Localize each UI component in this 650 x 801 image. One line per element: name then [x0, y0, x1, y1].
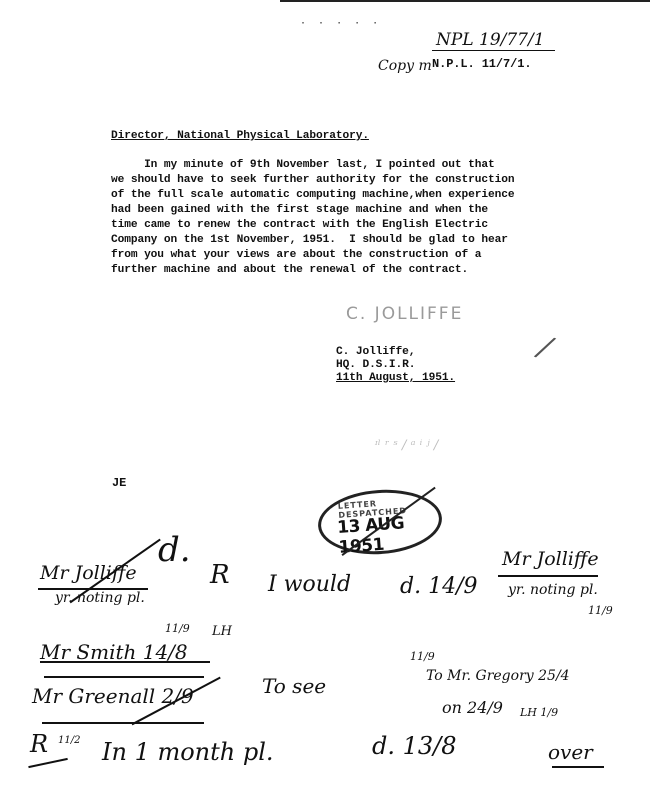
typist-initials: JE — [112, 476, 126, 490]
body-line: Company on the 1st November, 1951. I sho… — [111, 233, 591, 248]
body-line: time came to renew the contract with the… — [111, 218, 591, 233]
annotation: To see — [262, 674, 326, 698]
annotation-date: 11/9 — [588, 604, 613, 617]
annotation-date: 11/9 — [165, 622, 190, 635]
despatched-stamp: LETTER DESPATCHED 13 AUG 1951 — [316, 486, 444, 558]
annotation-date: 11/2 — [58, 735, 80, 746]
annotation: d. 13/8 — [372, 732, 457, 760]
body-line: from you what your views are about the c… — [111, 248, 591, 263]
underline — [44, 676, 204, 678]
memo-body: In my minute of 9th November last, I poi… — [111, 158, 591, 278]
copy-note: Copy m — [378, 58, 432, 74]
file-reference-handwritten: NPL 19/77/1 — [432, 30, 555, 51]
annotation-initials: LH — [212, 624, 232, 639]
memo-date: 11th August, 1951. — [336, 372, 455, 385]
annotation-date: 11/9 — [410, 650, 435, 663]
tick-mark-icon: / — [534, 329, 555, 365]
annotation: yr. noting pl. — [55, 590, 145, 606]
signature-block: C. Jolliffe, HQ. D.S.I.R. 11th August, 1… — [336, 346, 455, 385]
annotation: d. 14/9 — [400, 574, 477, 599]
annotation: yr. noting pl. — [508, 582, 598, 598]
initials-mark: R — [30, 730, 48, 758]
signatory-name: C. Jolliffe, — [336, 346, 455, 359]
underline — [42, 722, 204, 724]
addressee-heading: Director, National Physical Laboratory. — [111, 130, 369, 142]
annotation-initial: d. — [158, 530, 191, 570]
annotation-initials: LH 1/9 — [520, 706, 558, 719]
body-line: we should have to seek further authority… — [111, 173, 591, 188]
body-line: of the full scale automatic computing ma… — [111, 188, 591, 203]
annotation: R — [210, 560, 230, 590]
body-line: In my minute of 9th November last, I poi… — [111, 158, 591, 173]
annotation: on 24/9 — [442, 698, 503, 717]
strike-line — [40, 661, 210, 663]
underline — [498, 575, 598, 577]
annotation: Mr Jolliffe — [502, 548, 599, 570]
file-reference-typed: N.P.L. 11/7/1. — [432, 57, 531, 71]
underline — [28, 758, 67, 768]
faint-marks: ᶦˡ ʳ ˢ / ᵃ ⁱ ʲ / — [375, 438, 438, 453]
annotation: To Mr. Gregory 25/4 — [426, 668, 570, 684]
scan-noise: · · · · · — [300, 18, 381, 29]
body-line: had been gained with the first stage mac… — [111, 203, 591, 218]
annotation: In 1 month pl. — [102, 738, 274, 766]
annotation: I would — [268, 572, 351, 597]
annotation: over — [548, 740, 593, 764]
scan-edge — [280, 0, 650, 2]
stamp-date: 13 AUG 1951 — [337, 511, 442, 558]
underline — [552, 766, 604, 768]
body-line: further machine and about the renewal of… — [111, 263, 591, 278]
faded-signature-stamp: C. JOLLIFFE — [346, 304, 463, 324]
signatory-office: HQ. D.S.I.R. — [336, 359, 455, 372]
